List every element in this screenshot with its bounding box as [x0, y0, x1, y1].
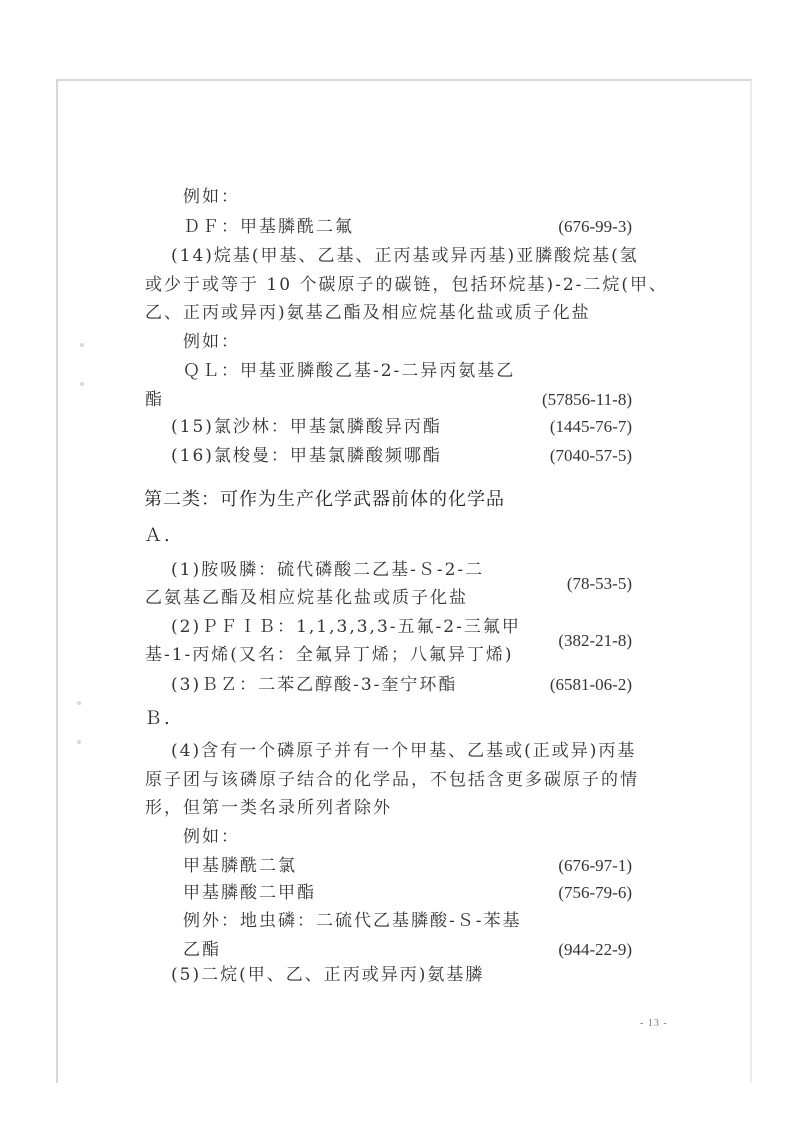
example-label: 例如： — [183, 186, 673, 208]
item-14-line-3: 乙、正丙或异丙)氨基乙酯及相应烷基化盐或质子化盐 — [145, 302, 635, 324]
scan-artifact — [77, 740, 81, 744]
item-14-line-2: 或少于或等于 10 个碳原子的碳链，包括环烷基)-2-二烷(甲、 — [145, 274, 635, 296]
exception-line-1: 例外：地虫磷：二硫代乙基膦酸-Ｓ-苯基 — [183, 910, 673, 932]
cas-number: (756-79-6) — [558, 882, 632, 904]
cas-number: (57856-11-8) — [542, 389, 632, 411]
section-heading: 第二类：可作为生产化学武器前体的化学品 — [144, 488, 505, 512]
item-4-line-2: 原子团与该磷原子结合的化学品，不包括含更多碳原子的情 — [145, 769, 635, 791]
scan-artifact — [80, 382, 84, 386]
item-5-line-1: (5)二烷(甲、乙、正丙或异丙)氨基膦 — [171, 964, 661, 986]
item-1-line-2: 乙氨基乙酯及相应烷基化盐或质子化盐 — [145, 587, 635, 609]
cas-number: (7040-57-5) — [550, 445, 632, 467]
cas-number: (78-53-5) — [567, 573, 632, 595]
cas-number: (676-99-3) — [558, 216, 632, 238]
section-a-label: Ａ. — [144, 525, 172, 547]
example-label: 例如： — [183, 331, 673, 353]
chemical-name-ql: ＱＬ：甲基亚膦酸乙基-2-二异丙氨基乙 — [183, 360, 673, 382]
item-14-line-1: (14)烷基(甲基、乙基、正丙基或异丙基)亚膦酸烷基(氢 — [171, 245, 661, 267]
item-4-line-3: 形，但第一类名录所列者除外 — [145, 797, 635, 819]
scan-artifact — [80, 343, 84, 347]
example-label: 例如： — [183, 826, 673, 848]
scan-artifact — [77, 701, 81, 705]
page-number: - 13 - — [640, 1018, 668, 1029]
section-b-label: Ｂ. — [144, 708, 172, 730]
cas-number: (676-97-1) — [558, 855, 632, 877]
item-4-line-1: (4)含有一个磷原子并有一个甲基、乙基或(正或异)丙基 — [171, 740, 661, 762]
cas-number: (6581-06-2) — [550, 674, 632, 696]
cas-number: (944-22-9) — [558, 939, 632, 961]
cas-number: (382-21-8) — [558, 630, 632, 652]
cas-number: (1445-76-7) — [550, 416, 632, 438]
